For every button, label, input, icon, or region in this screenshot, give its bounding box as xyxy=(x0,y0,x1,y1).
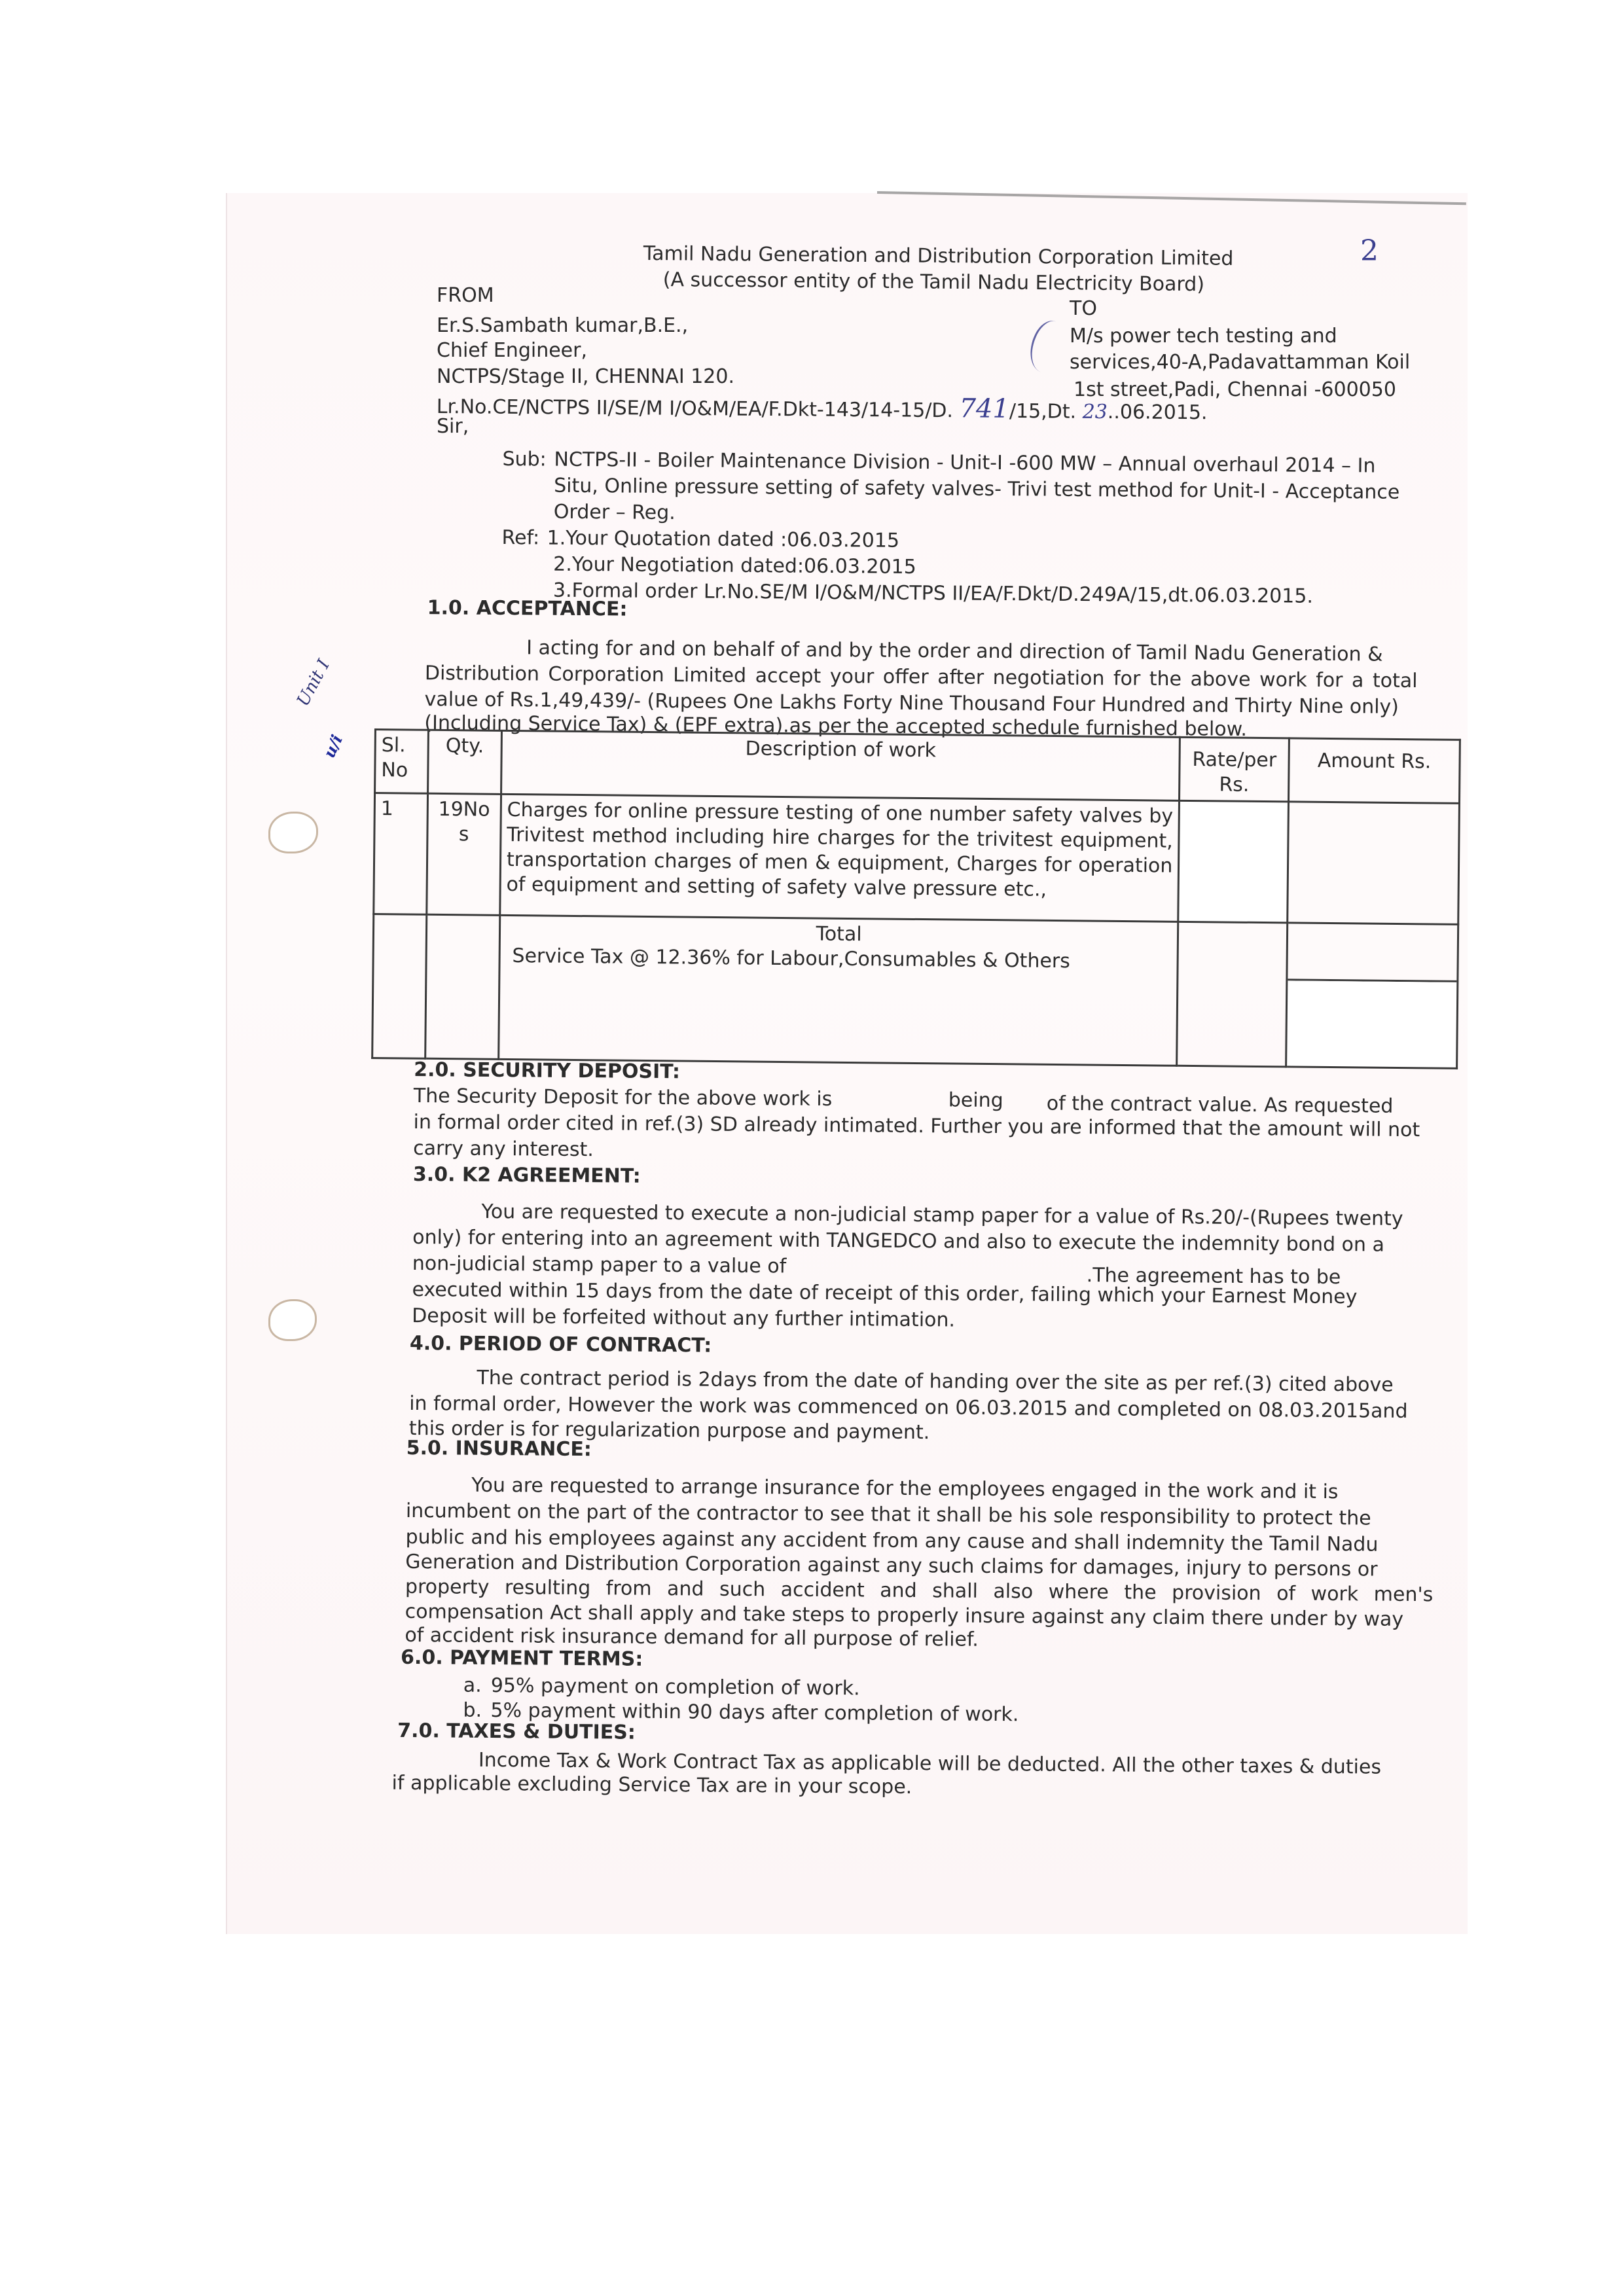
punch-hole-top xyxy=(268,812,318,853)
sd-line-part: being xyxy=(948,1087,1003,1114)
section-heading: 2.0. SECURITY DEPOSIT: xyxy=(414,1057,680,1085)
reference-item: 2.Your Negotiation dated:06.03.2015 xyxy=(553,552,916,581)
section-heading: 5.0. INSURANCE: xyxy=(406,1435,591,1463)
cell-empty xyxy=(425,914,499,1059)
from-label: FROM xyxy=(437,283,494,309)
punch-hole-bottom xyxy=(268,1299,317,1341)
payment-item-marker: a. xyxy=(463,1673,482,1699)
table-header-row: Sl. No Qty. Description of work Rate/per… xyxy=(375,730,1460,804)
cell-qty: 19Nos xyxy=(426,793,501,915)
to-line: M/s power tech testing and xyxy=(1070,323,1337,350)
col-header-rate: Rate/per Rs. xyxy=(1180,737,1290,802)
page-number: 2 xyxy=(1360,234,1379,268)
letter-ref-suffix: ..06.2015. xyxy=(1108,401,1208,424)
org-subtitle: (A successor entity of the Tamil Nadu El… xyxy=(663,267,1205,298)
col-header-sl-no: Sl. No xyxy=(375,730,429,794)
sd-line: carry any interest. xyxy=(413,1136,594,1163)
letter-reference: Lr.No.CE/NCTPS II/SE/M I/O&M/EA/F.Dkt-14… xyxy=(437,391,1208,426)
total-amount xyxy=(1288,924,1457,982)
section-heading: 6.0. PAYMENT TERMS: xyxy=(401,1645,643,1673)
from-line: NCTPS/Stage II, CHENNAI 120. xyxy=(437,364,734,390)
cell-description: Charges for online pressure testing of o… xyxy=(500,794,1180,922)
letter-ref-middle: /15,Dt. xyxy=(1009,400,1076,423)
section-heading: 3.0. K2 AGREEMENT: xyxy=(413,1162,641,1190)
references-label: Ref: xyxy=(501,525,539,551)
section-heading: 1.0. ACCEPTANCE: xyxy=(427,595,628,622)
col-header-qty: Qty. xyxy=(427,730,501,794)
handwritten-day: 23 xyxy=(1083,401,1108,423)
k2-line: Deposit will be forfeited without any fu… xyxy=(412,1303,955,1334)
cell-total-labels: Total Service Tax @ 12.36% for Labour,Co… xyxy=(498,915,1178,1066)
cell-total-amounts xyxy=(1286,923,1458,1068)
sd-line-part: The Security Deposit for the above work … xyxy=(414,1083,833,1113)
taxes-line: if applicable excluding Service Tax are … xyxy=(391,1770,912,1801)
schedule-table: Sl. No Qty. Description of work Rate/per… xyxy=(371,728,1461,1069)
letter-ref-prefix: Lr.No.CE/NCTPS II/SE/M I/O&M/EA/F.Dkt-14… xyxy=(437,395,953,422)
reference-item: 1.Your Quotation dated :06.03.2015 xyxy=(547,526,899,554)
subject-label: Sub: xyxy=(502,446,547,473)
cell-empty xyxy=(1177,922,1288,1067)
service-tax-amount xyxy=(1287,980,1456,1067)
k2-line-part: non-judicial stamp paper to a value of xyxy=(412,1251,787,1280)
to-label: TO xyxy=(1070,296,1097,322)
table-total-row: Total Service Tax @ 12.36% for Labour,Co… xyxy=(372,914,1458,1069)
col-header-amount: Amount Rs. xyxy=(1288,738,1460,804)
from-line: Chief Engineer, xyxy=(437,338,587,364)
col-header-description: Description of work xyxy=(501,730,1180,800)
to-line: services,40-A,Padavattamman Koil xyxy=(1070,350,1410,376)
cell-rate xyxy=(1178,800,1288,923)
from-line: Er.S.Sambath kumar,B.E., xyxy=(437,313,688,339)
handwritten-letter-number: 741 xyxy=(959,393,1009,424)
section-heading: 7.0. TAXES & DUTIES: xyxy=(397,1718,636,1746)
table-row: 1 19Nos Charges for online pressure test… xyxy=(374,793,1460,925)
subject-line: Order – Reg. xyxy=(554,499,676,526)
cell-amount xyxy=(1288,802,1460,924)
salutation: Sir, xyxy=(437,414,469,440)
cell-empty xyxy=(372,914,427,1059)
section-heading: 4.0. PERIOD OF CONTRACT: xyxy=(410,1331,712,1359)
cell-sl-no: 1 xyxy=(374,793,427,915)
